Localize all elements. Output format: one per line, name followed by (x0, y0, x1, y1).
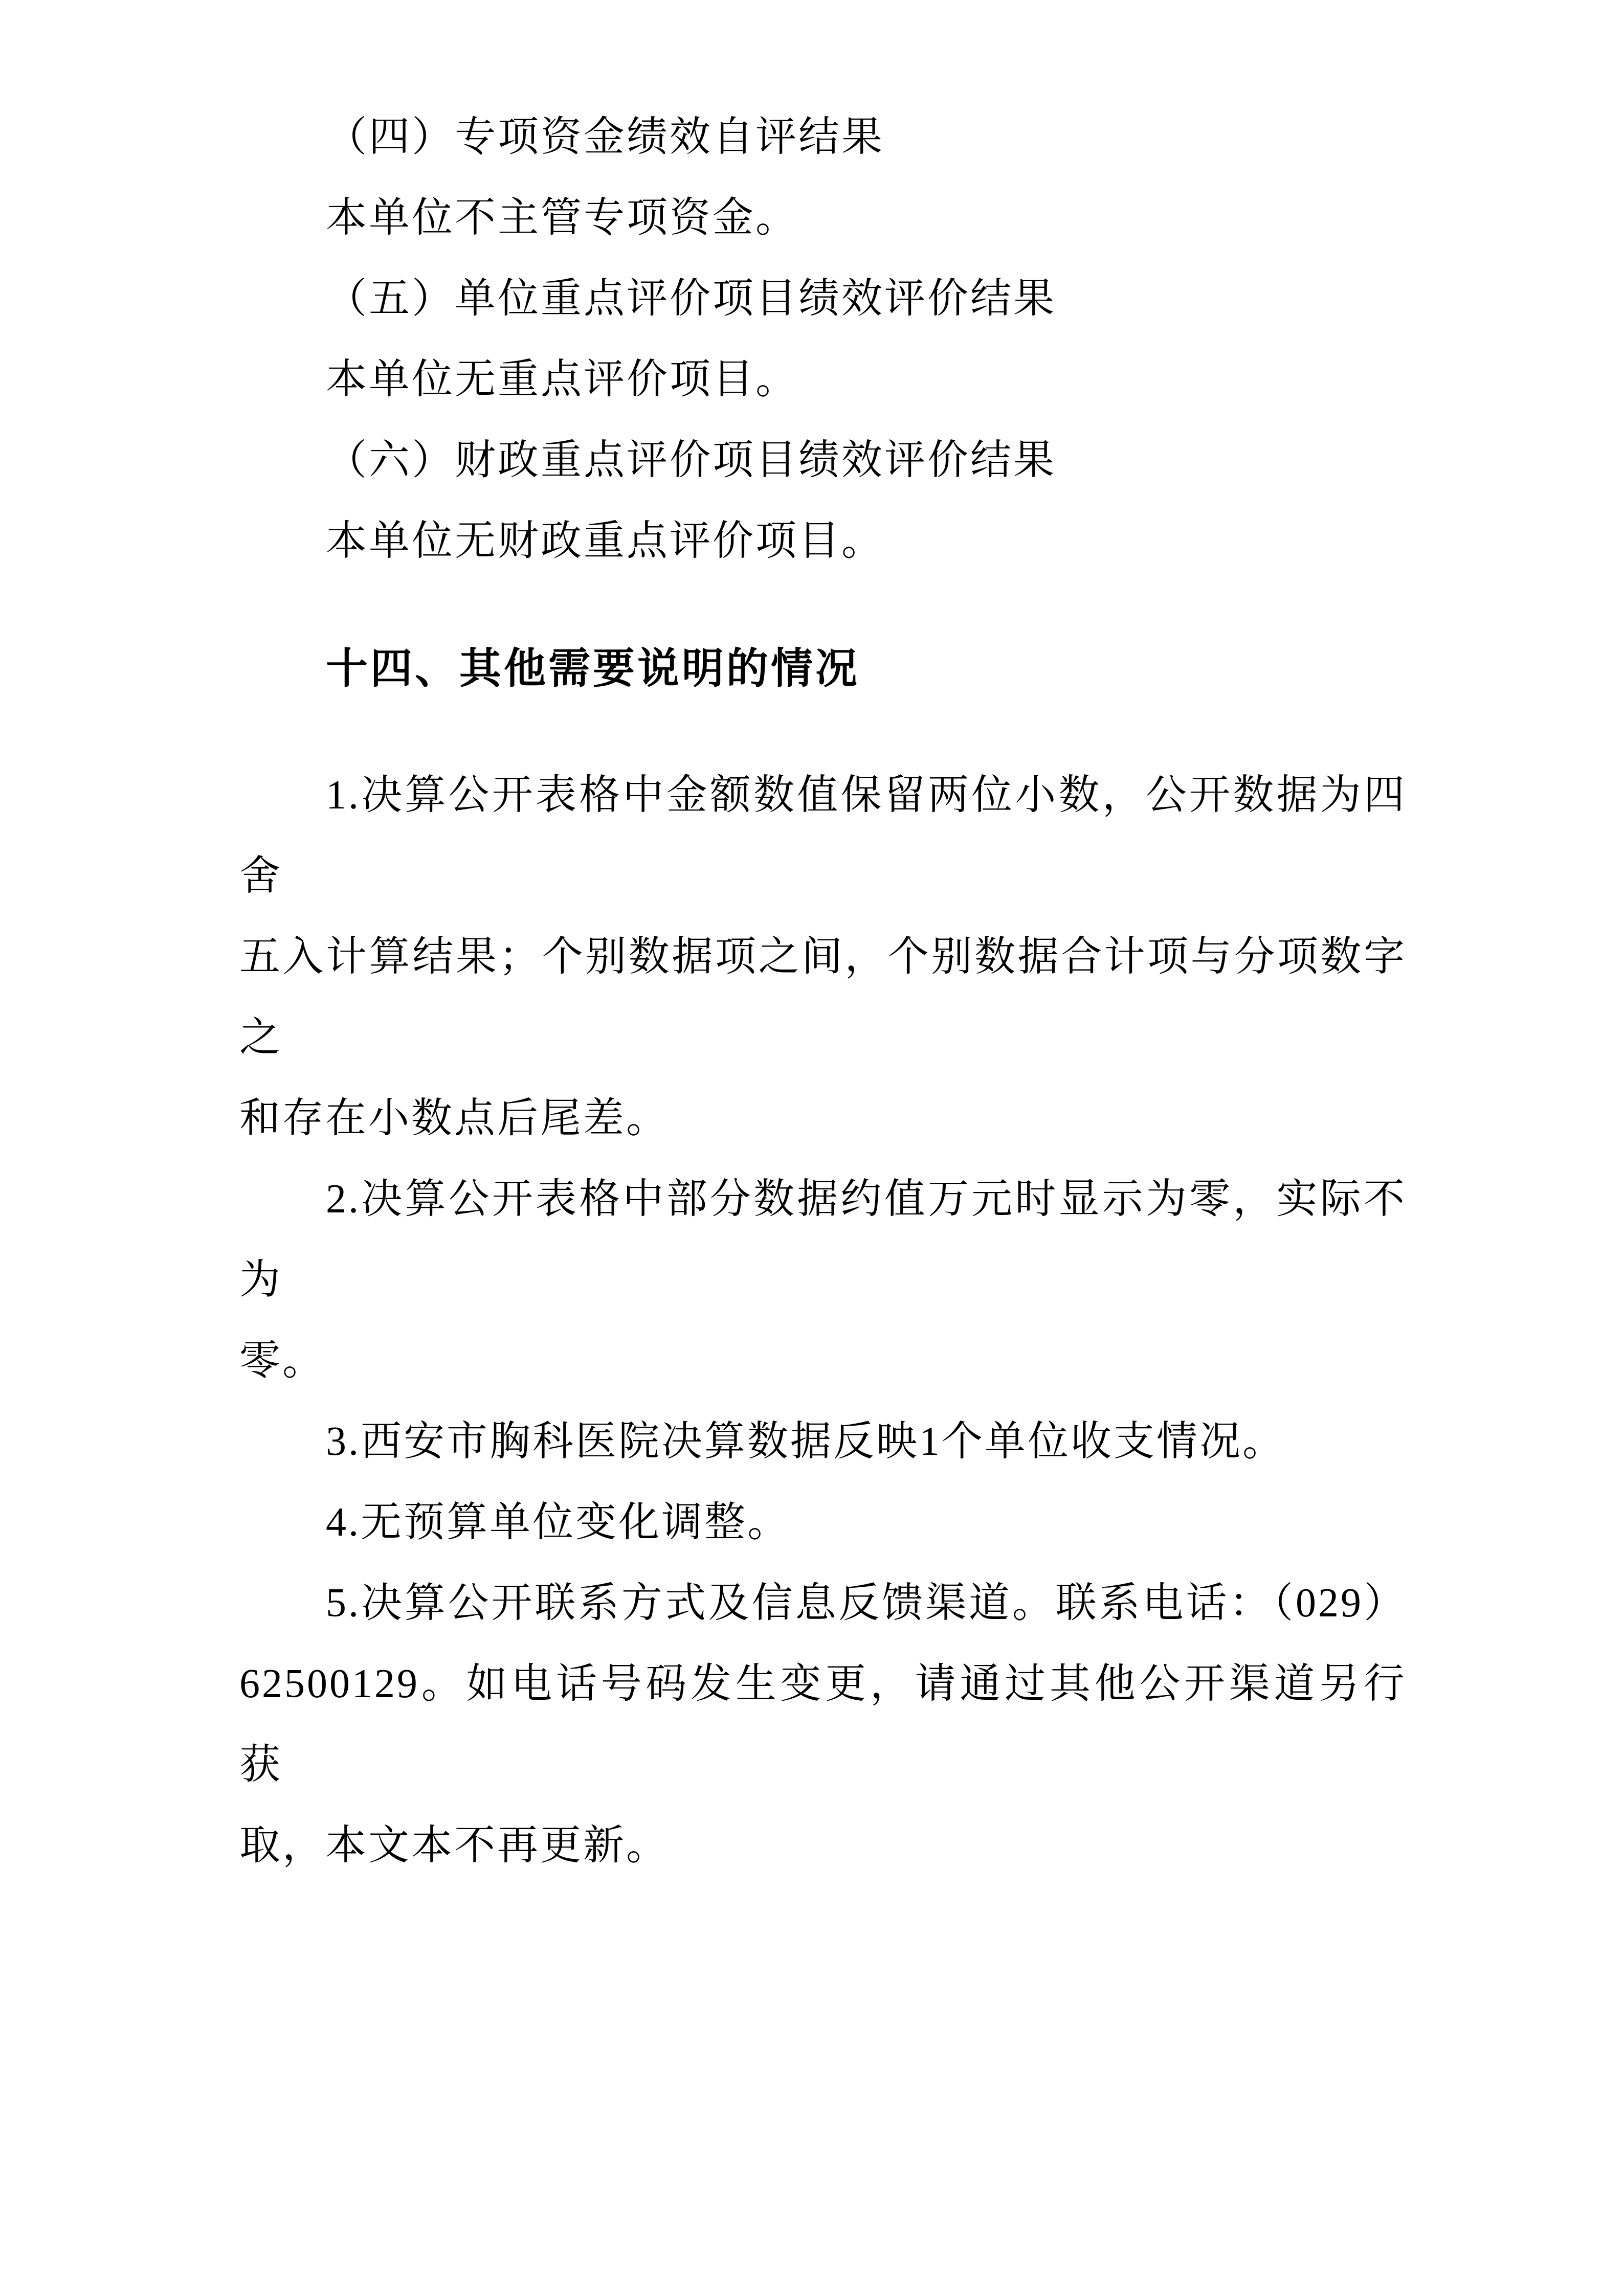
document-content: （四）专项资金绩效自评结果本单位不主管专项资金。（五）单位重点评价项目绩效评价结… (239, 97, 1407, 1886)
text-line: 取，本文本不再更新。 (239, 1805, 1407, 1886)
paragraph: 4.无预算单位变化调整。 (239, 1482, 1407, 1563)
text-line: 十四、其他需要说明的情况 (239, 628, 1407, 709)
sub-section-heading: （六）财政重点评价项目绩效评价结果 (239, 420, 1407, 501)
sub-section-heading: （四）专项资金绩效自评结果 (239, 97, 1407, 177)
document-page: （四）专项资金绩效自评结果本单位不主管专项资金。（五）单位重点评价项目绩效评价结… (0, 0, 1624, 2296)
text-line: （五）单位重点评价项目绩效评价结果 (239, 258, 1407, 339)
paragraph: 本单位无重点评价项目。 (239, 339, 1407, 420)
sub-section-heading: （五）单位重点评价项目绩效评价结果 (239, 258, 1407, 339)
text-line: 和存在小数点后尾差。 (239, 1078, 1407, 1159)
text-line: （四）专项资金绩效自评结果 (239, 97, 1407, 177)
paragraph: 本单位无财政重点评价项目。 (239, 501, 1407, 581)
text-line: （六）财政重点评价项目绩效评价结果 (239, 420, 1407, 501)
paragraph: 本单位不主管专项资金。 (239, 177, 1407, 258)
text-line: 5.决算公开联系方式及信息反馈渠道。联系电话：（029） (239, 1563, 1407, 1644)
text-line: 本单位无财政重点评价项目。 (239, 501, 1407, 581)
paragraph: 5.决算公开联系方式及信息反馈渠道。联系电话：（029）62500129。如电话… (239, 1563, 1407, 1886)
text-line: 零。 (239, 1320, 1407, 1401)
text-line: 1.决算公开表格中金额数值保留两位小数，公开数据为四舍 (239, 755, 1407, 916)
text-line: 五入计算结果；个别数据项之间，个别数据合计项与分项数字之 (239, 916, 1407, 1078)
text-line: 3.西安市胸科医院决算数据反映1个单位收支情况。 (239, 1401, 1407, 1482)
paragraph: 1.决算公开表格中金额数值保留两位小数，公开数据为四舍五入计算结果；个别数据项之… (239, 755, 1407, 1159)
paragraph: 2.决算公开表格中部分数据约值万元时显示为零，实际不为零。 (239, 1159, 1407, 1401)
text-line: 4.无预算单位变化调整。 (239, 1482, 1407, 1563)
section-heading: 十四、其他需要说明的情况 (239, 628, 1407, 709)
text-line: 62500129。如电话号码发生变更，请通过其他公开渠道另行获 (239, 1644, 1407, 1805)
text-line: 本单位不主管专项资金。 (239, 177, 1407, 258)
paragraph: 3.西安市胸科医院决算数据反映1个单位收支情况。 (239, 1401, 1407, 1482)
text-line: 2.决算公开表格中部分数据约值万元时显示为零，实际不为 (239, 1159, 1407, 1320)
text-line: 本单位无重点评价项目。 (239, 339, 1407, 420)
